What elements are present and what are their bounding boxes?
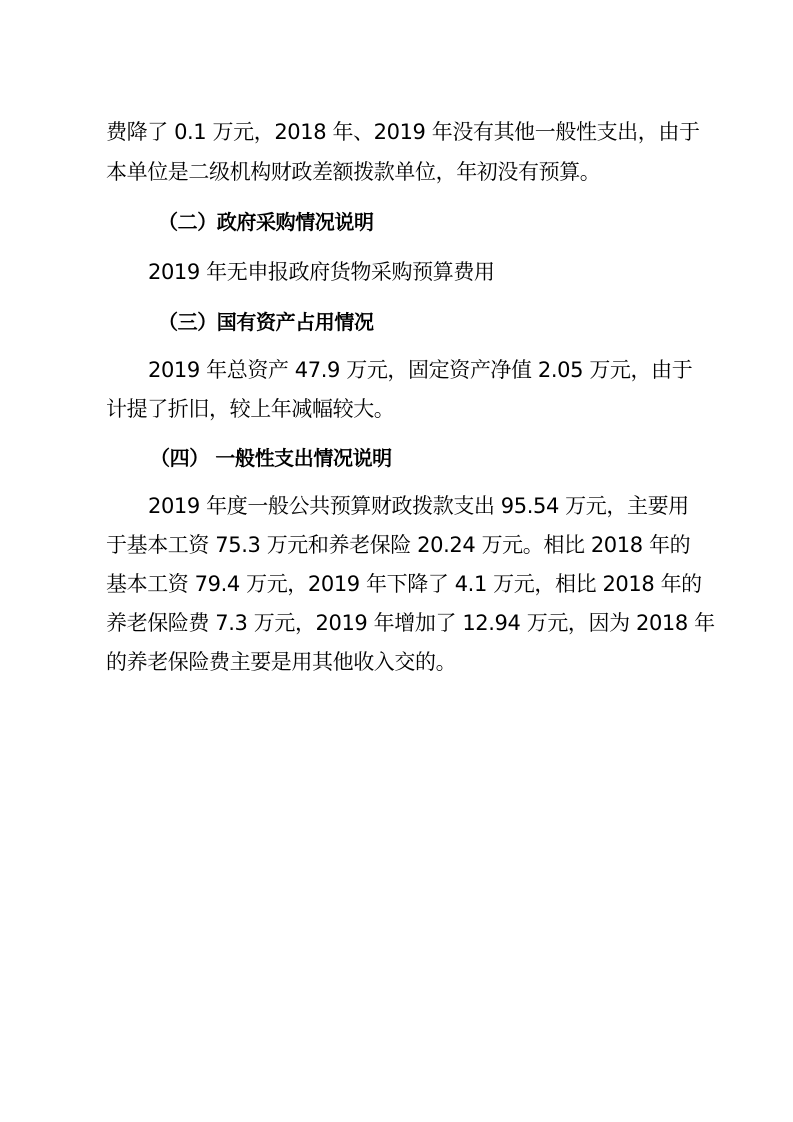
text-line: 费降了 0.1 万元，2018 年、2019 年没有其他一般性支出，由于 [106,118,700,146]
section-heading: （四） 一般性支出情况说明 [150,444,392,472]
text-line: 养老保险费 7.3 万元，2019 年增加了 12.94 万元，因为 2018 … [106,609,715,637]
section-heading: （二）政府采购情况说明 [158,208,374,236]
section-heading: （三）国有资产占用情况 [158,308,374,336]
text-line: 2019 年无申报政府货物采购预算费用 [148,258,495,286]
text-line: 2019 年度一般公共预算财政拨款支出 95.54 万元，主要用 [148,492,689,520]
text-line: 本单位是二级机构财政差额拨款单位，年初没有预算。 [106,158,600,186]
text-line: 计提了折旧，较上年减幅较大。 [106,395,394,423]
text-line: 于基本工资 75.3 万元和养老保险 20.24 万元。相比 2018 年的 [106,531,690,559]
text-line: 2019 年总资产 47.9 万元，固定资产净值 2.05 万元，由于 [148,356,692,384]
text-line: 的养老保险费主要是用其他收入交的。 [106,648,456,676]
text-line: 基本工资 79.4 万元，2019 年下降了 4.1 万元，相比 2018 年的 [106,570,702,598]
